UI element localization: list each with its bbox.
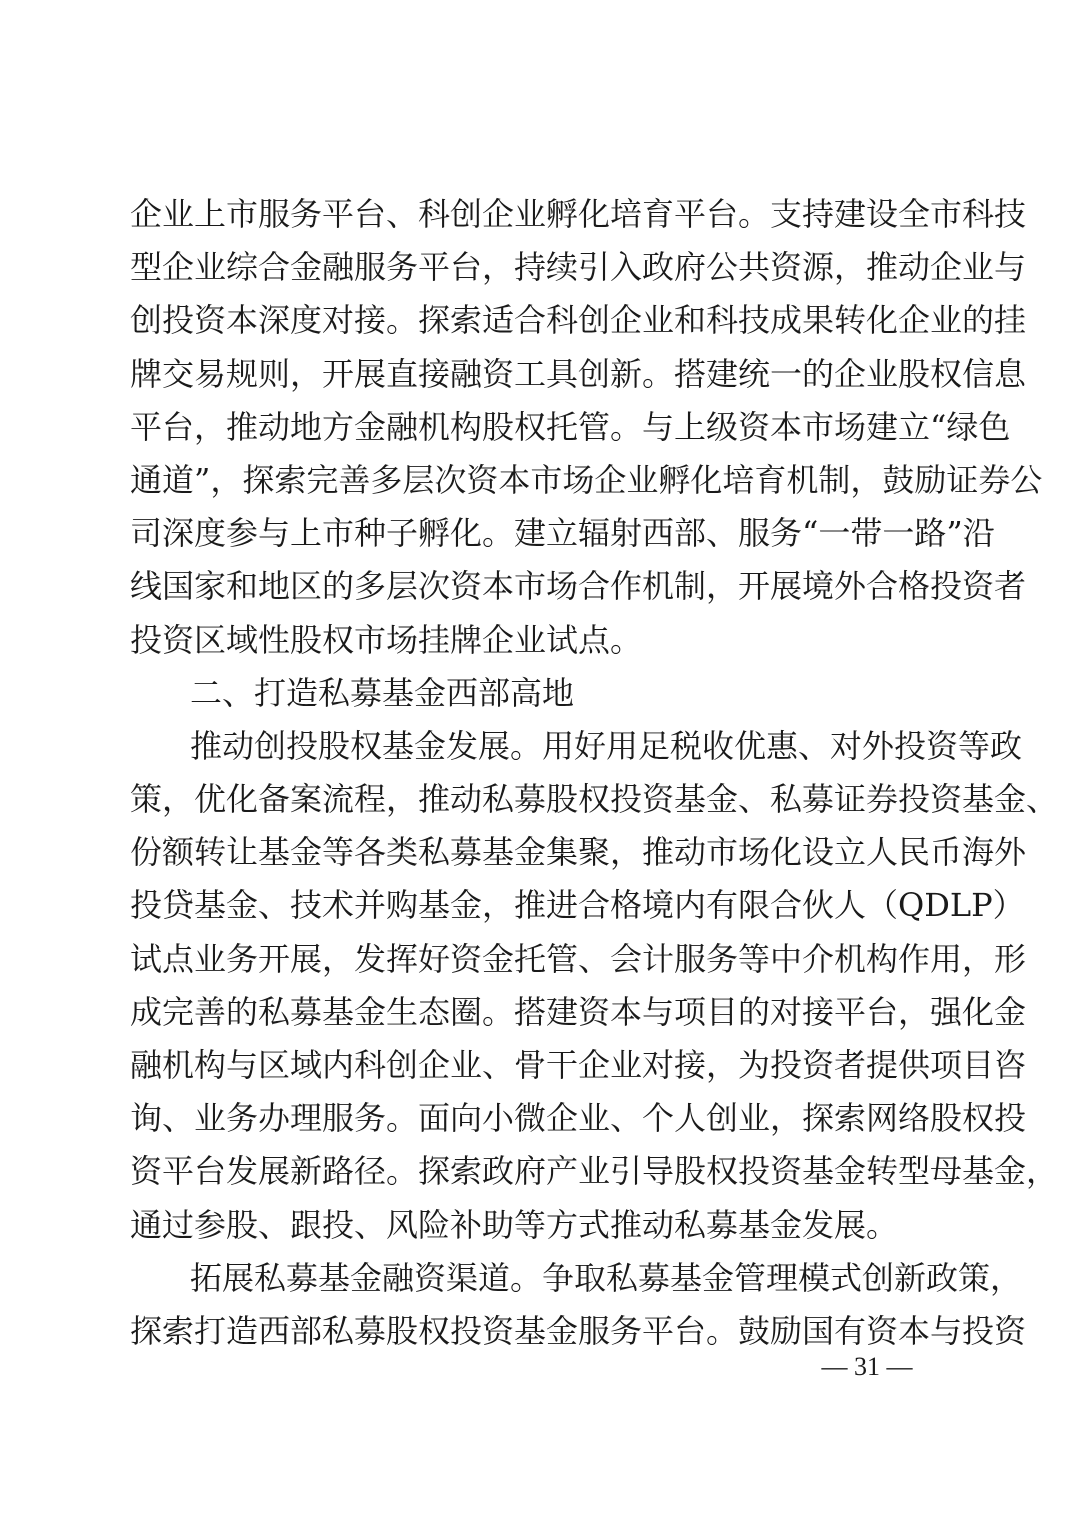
text-line: 份额转让基金等各类私募基金集聚，推动市场化设立人民币海外 xyxy=(130,826,930,879)
section-heading: 二、打造私募基金西部高地 xyxy=(130,667,930,720)
text-line: 资平台发展新路径。探索政府产业引导股权投资基金转型母基金， xyxy=(130,1145,930,1198)
text-line: 投贷基金、技术并购基金，推进合格境内有限合伙人（QDLP） xyxy=(130,879,930,932)
text-line: 司深度参与上市种子孵化。建立辐射西部、服务“一带一路”沿 xyxy=(130,507,930,560)
text-line: 通过参股、跟投、风险补助等方式推动私募基金发展。 xyxy=(130,1199,930,1252)
text-line: 投资区域性股权市场挂牌企业试点。 xyxy=(130,614,930,667)
text-line: 牌交易规则，开展直接融资工具创新。搭建统一的企业股权信息 xyxy=(130,348,930,401)
page-number: — 31 — xyxy=(812,1352,922,1382)
text-line: 融机构与区域内科创企业、骨干企业对接，为投资者提供项目咨 xyxy=(130,1039,930,1092)
text-line: 通道”，探索完善多层次资本市场企业孵化培育机制，鼓励证券公 xyxy=(130,454,930,507)
text-line: 型企业综合金融服务平台，持续引入政府公共资源，推动企业与 xyxy=(130,241,930,294)
text-line: 平台，推动地方金融机构股权托管。与上级资本市场建立“绿色 xyxy=(130,401,930,454)
body-text: 企业上市服务平台、科创企业孵化培育平台。支持建设全市科技 型企业综合金融服务平台… xyxy=(130,188,930,1358)
text-line: 创投资本深度对接。探索适合科创企业和科技成果转化企业的挂 xyxy=(130,294,930,347)
text-line: 策，优化备案流程，推动私募股权投资基金、私募证券投资基金、 xyxy=(130,773,930,826)
text-line: 拓展私募基金融资渠道。争取私募基金管理模式创新政策， xyxy=(130,1252,930,1305)
text-line: 探索打造西部私募股权投资基金服务平台。鼓励国有资本与投资 xyxy=(130,1305,930,1358)
text-line: 线国家和地区的多层次资本市场合作机制，开展境外合格投资者 xyxy=(130,560,930,613)
text-line: 企业上市服务平台、科创企业孵化培育平台。支持建设全市科技 xyxy=(130,188,930,241)
document-page: 企业上市服务平台、科创企业孵化培育平台。支持建设全市科技 型企业综合金融服务平台… xyxy=(0,0,1074,1520)
text-line: 试点业务开展，发挥好资金托管、会计服务等中介机构作用，形 xyxy=(130,933,930,986)
text-line: 成完善的私募基金生态圈。搭建资本与项目的对接平台，强化金 xyxy=(130,986,930,1039)
text-line: 推动创投股权基金发展。用好用足税收优惠、对外投资等政 xyxy=(130,720,930,773)
text-line: 询、业务办理服务。面向小微企业、个人创业，探索网络股权投 xyxy=(130,1092,930,1145)
